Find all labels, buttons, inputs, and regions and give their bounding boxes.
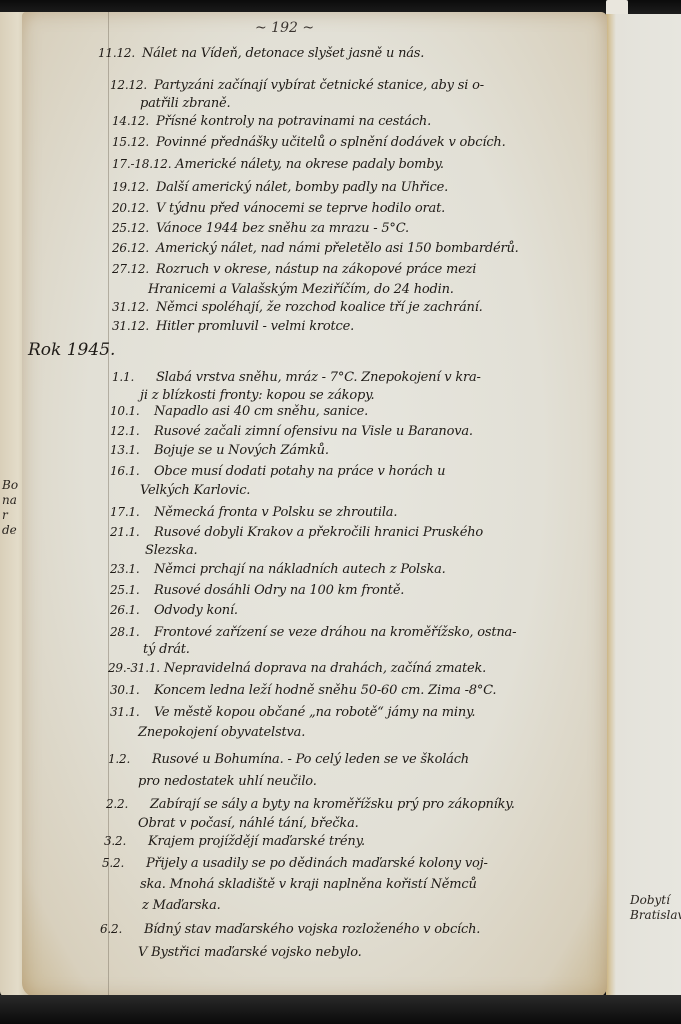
entry-text: V týdnu před vánocemi se teprve hodilo o… [156,201,445,216]
entry-date: 15.12. [112,135,152,149]
diary-entry: 25.12. Vánoce 1944 bez sněhu za mrazu - … [112,221,409,236]
diary-entry: 16.1. Obce musí dodati potahy na práce v… [110,464,445,479]
entry-date: 10.1. [110,404,150,418]
diary-entry: 26.1. Odvody koní. [110,603,238,618]
diary-entry: 14.12. Přísné kontroly na potravinami na… [112,114,431,129]
scanner-bottom-background [0,995,681,1024]
diary-entry: 1.1. Slabá vrstva sněhu, mráz - 7°C. Zne… [112,370,481,385]
entry-date: 31.1. [110,705,150,719]
entry-text: Nálet na Vídeň, detonace slyšet jasně u … [142,46,424,61]
diary-entry: 20.12. V týdnu před vánocemi se teprve h… [112,201,445,216]
entry-text: Přísné kontroly na potravinami na cestác… [156,114,431,129]
entry-date: 12.12. [110,78,150,92]
entry-date: 11.12. [98,46,138,60]
entry-text: Koncem ledna leží hodně sněhu 50-60 cm. … [154,683,496,698]
entry-continuation: ji z blízkosti fronty: kopou se zákopy. [140,388,374,403]
entry-text: Přijely a usadily se po dědinách maďarsk… [146,856,488,871]
entry-date: 17.-18.12. [112,157,171,171]
diary-entry: 28.1. Frontové zařízení se veze dráhou n… [110,625,516,640]
entry-date: 28.1. [110,625,150,639]
diary-entry: 13.1. Bojuje se u Nových Zámků. [110,443,329,458]
entry-continuation: patřili zbraně. [140,96,230,111]
entry-text: Hitler promluvil - velmi krotce. [156,319,354,334]
diary-entry: 1.2. Rusové u Bohumína. - Po celý leden … [108,752,469,767]
entry-date: 30.1. [110,683,150,697]
entry-continuation: z Maďarska. [142,898,221,913]
entry-text: Americké nálety, na okrese padaly bomby. [175,157,444,172]
diary-entry: 6.2. Bídný stav maďarského vojska rozlož… [100,922,480,937]
entry-date: 27.12. [112,262,152,276]
right-margin-note: Dobytí Bratislav [630,893,681,923]
entry-date: 17.1. [110,505,150,519]
diary-entry: 31.1. Ve městě kopou občané „na robotě“ … [110,705,475,720]
entry-text: Slabá vrstva sněhu, mráz - 7°C. Znepokoj… [156,370,481,385]
entry-text: Bojuje se u Nových Zámků. [154,443,329,458]
entry-continuation: Velkých Karlovic. [140,483,250,498]
entry-continuation: Hranicemi a Valašským Meziříčím, do 24 h… [148,282,454,297]
entry-date: 5.2. [102,856,142,870]
entry-text: Partyzáni začínají vybírat četnické stan… [154,78,484,93]
entry-date: 3.2. [104,834,144,848]
entry-text: Němci spoléhají, že rozchod koalice tří … [156,300,483,315]
diary-entry: 17.-18.12. Americké nálety, na okrese pa… [112,157,444,172]
entry-date: 31.12. [112,319,152,333]
diary-entry: 2.2. Zabírají se sály a byty na kroměříž… [106,797,515,812]
diary-entry: 17.1. Německá fronta v Polsku se zhrouti… [110,505,397,520]
entry-date: 6.2. [100,922,140,936]
entry-date: 31.12. [112,300,152,314]
diary-entry: 5.2. Přijely a usadily se po dědinách ma… [102,856,488,871]
entry-date: 26.1. [110,603,150,617]
entry-text: Ve městě kopou občané „na robotě“ jámy n… [154,705,475,720]
entry-text: Další americký nálet, bomby padly na Uhř… [156,180,448,195]
entry-date: 25.1. [110,583,150,597]
diary-entry: 29.-31.1. Nepravidelná doprava na drahác… [108,661,486,676]
diary-entry: 27.12. Rozruch v okrese, nástup na zákop… [112,262,476,277]
entry-date: 20.12. [112,201,152,215]
entry-text: Povinné přednášky učitelů o splnění dodá… [156,135,506,150]
entry-text: Německá fronta v Polsku se zhroutila. [154,505,397,520]
diary-entry: 30.1. Koncem ledna leží hodně sněhu 50-6… [110,683,496,698]
year-heading: Rok 1945. [28,340,115,360]
entry-text: Bídný stav maďarského vojska rozloženého… [144,922,480,937]
entry-text: Krajem projíždějí maďarské trény. [148,834,365,849]
entry-date: 2.2. [106,797,146,811]
entry-continuation: ska. Mnohá skladiště v kraji naplněna ko… [140,877,477,892]
entry-date: 19.12. [112,180,152,194]
entry-continuation: Slezska. [145,543,197,558]
entry-text: Frontové zařízení se veze dráhou na krom… [154,625,516,640]
entry-date: 13.1. [110,443,150,457]
entry-continuation: V Bystřici maďarské vojsko nebylo. [138,945,362,960]
diary-entry: 26.12. Americký nálet, nad námi přeletěl… [112,241,519,256]
entry-continuation: tý drát. [143,642,190,657]
diary-entry: 21.1. Rusové dobyli Krakov a překročili … [110,525,483,540]
margin-rule [108,12,109,997]
diary-entry: 15.12. Povinné přednášky učitelů o splně… [112,135,506,150]
entry-date: 1.1. [112,370,152,384]
diary-entry: 11.12. Nálet na Vídeň, detonace slyšet j… [98,46,424,61]
entry-text: Němci prchají na nákladních autech z Pol… [154,562,446,577]
diary-entry: 31.12. Němci spoléhají, že rozchod koali… [112,300,483,315]
entry-text: Vánoce 1944 bez sněhu za mrazu - 5°C. [156,221,409,236]
diary-entry: 10.1. Napadlo asi 40 cm sněhu, sanice. [110,404,368,419]
entry-text: Nepravidelná doprava na drahách, začíná … [164,661,486,676]
diary-entry: 12.12. Partyzáni začínají vybírat četnic… [110,78,484,93]
diary-entry: 23.1. Němci prchají na nákladních autech… [110,562,446,577]
diary-entry: 19.12. Další americký nálet, bomby padly… [112,180,448,195]
diary-entry: 25.1. Rusové dosáhli Odry na 100 km fron… [110,583,404,598]
entry-date: 29.-31.1. [108,661,160,675]
entry-continuation: Znepokojení obyvatelstva. [138,725,305,740]
entry-date: 16.1. [110,464,150,478]
entry-date: 26.12. [112,241,152,255]
entry-text: Rozruch v okrese, nástup na zákopové prá… [156,262,476,277]
entry-text: Americký nálet, nad námi přeletělo asi 1… [156,241,519,256]
entry-date: 23.1. [110,562,150,576]
entry-text: Rusové u Bohumína. - Po celý leden se ve… [152,752,469,767]
entry-text: Odvody koní. [154,603,238,618]
entry-text: Rusové dosáhli Odry na 100 km frontě. [154,583,404,598]
diary-entry: 12.1. Rusové začali zimní ofensivu na Vi… [110,424,473,439]
diary-entry: 31.12. Hitler promluvil - velmi krotce. [112,319,354,334]
entry-text: Napadlo asi 40 cm sněhu, sanice. [154,404,368,419]
entry-text: Rusové začali zimní ofensivu na Visle u … [154,424,473,439]
diary-entry: 3.2. Krajem projíždějí maďarské trény. [104,834,365,849]
entry-date: 14.12. [112,114,152,128]
entry-date: 1.2. [108,752,148,766]
entry-text: Obce musí dodati potahy na práce v horác… [154,464,445,479]
entry-date: 25.12. [112,221,152,235]
page-number: ~ 192 ~ [255,20,314,36]
right-page-edge [606,14,681,999]
entry-date: 21.1. [110,525,150,539]
entry-text: Rusové dobyli Krakov a překročili hranic… [154,525,483,540]
entry-continuation: Obrat v počasí, náhlé tání, břečka. [138,816,359,831]
entry-text: Zabírají se sály a byty na kroměřížsku p… [150,797,515,812]
entry-date: 12.1. [110,424,150,438]
entry-continuation: pro nedostatek uhlí neučilo. [138,774,317,789]
